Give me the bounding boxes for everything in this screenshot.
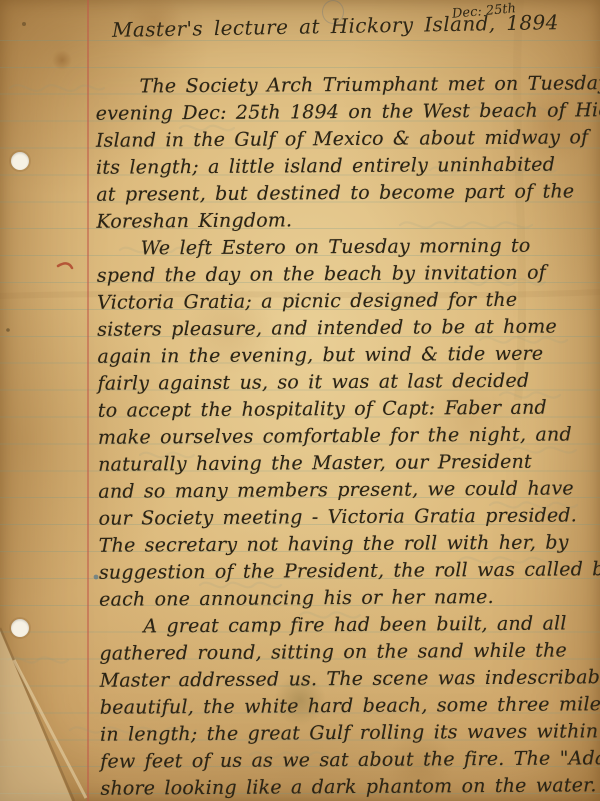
handwritten-line: our Society meeting - Victoria Gratia pr… — [98, 502, 592, 532]
handwritten-line: few feet of us as we sat about the fire.… — [100, 745, 594, 775]
handwritten-line: shore looking like a dark phantom on the… — [100, 772, 594, 801]
handwritten-line: Victoria Gratia; a picnic designed for t… — [97, 286, 591, 316]
handwritten-line: The Society Arch Triumphant met on Tuesd… — [95, 70, 589, 100]
red-margin-line — [87, 0, 89, 801]
handwritten-line: naturally having the Master, our Preside… — [98, 448, 592, 478]
handwritten-line: Master addressed us. The scene was indes… — [100, 664, 594, 694]
folded-corner — [0, 630, 72, 801]
handwritten-line: A great camp fire had been built, and al… — [99, 610, 593, 640]
handwritten-line: to accept the hospitality of Capt: Faber… — [98, 394, 592, 424]
handwritten-line: sisters pleasure, and intended to be at … — [97, 313, 591, 343]
handwritten-line: Island in the Gulf of Mexico & about mid… — [96, 124, 590, 154]
handwritten-line: again in the evening, but wind & tide we… — [97, 340, 591, 370]
manuscript-page: Master's lecture at Hickory Island, 1894… — [0, 0, 600, 801]
handwritten-line: make ourselves comfortable for the night… — [98, 421, 592, 451]
handwritten-line: each one announcing his or her name. — [99, 583, 593, 613]
handwritten-body: The Society Arch Triumphant met on Tuesd… — [95, 70, 594, 801]
handwritten-line: evening Dec: 25th 1894 on the West beach… — [96, 97, 590, 127]
handwritten-line: at present, but destined to become part … — [96, 178, 590, 208]
handwritten-line: its length; a little island entirely uni… — [96, 151, 590, 181]
handwritten-line: spend the day on the beach by invitation… — [97, 259, 591, 289]
hole-punch-bottom — [11, 619, 29, 637]
handwritten-line: in length; the great Gulf rolling its wa… — [100, 718, 594, 748]
handwritten-line: fairly against us, so it was at last dec… — [98, 367, 592, 397]
handwritten-line: Koreshan Kingdom. — [96, 205, 590, 235]
handwritten-line: suggestion of the President, the roll wa… — [99, 556, 593, 586]
handwritten-line: We left Estero on Tuesday morning to — [97, 232, 591, 262]
handwritten-line: and so many members present, we could ha… — [98, 475, 592, 505]
handwritten-line: The secretary not having the roll with h… — [99, 529, 593, 559]
hole-punch-top — [11, 152, 29, 170]
handwritten-line: gathered round, sitting on the sand whil… — [99, 637, 593, 667]
blue-dot-mark — [94, 575, 99, 580]
red-pen-mark — [58, 263, 72, 268]
handwritten-line: beautiful, the white hard beach, some th… — [100, 691, 594, 721]
